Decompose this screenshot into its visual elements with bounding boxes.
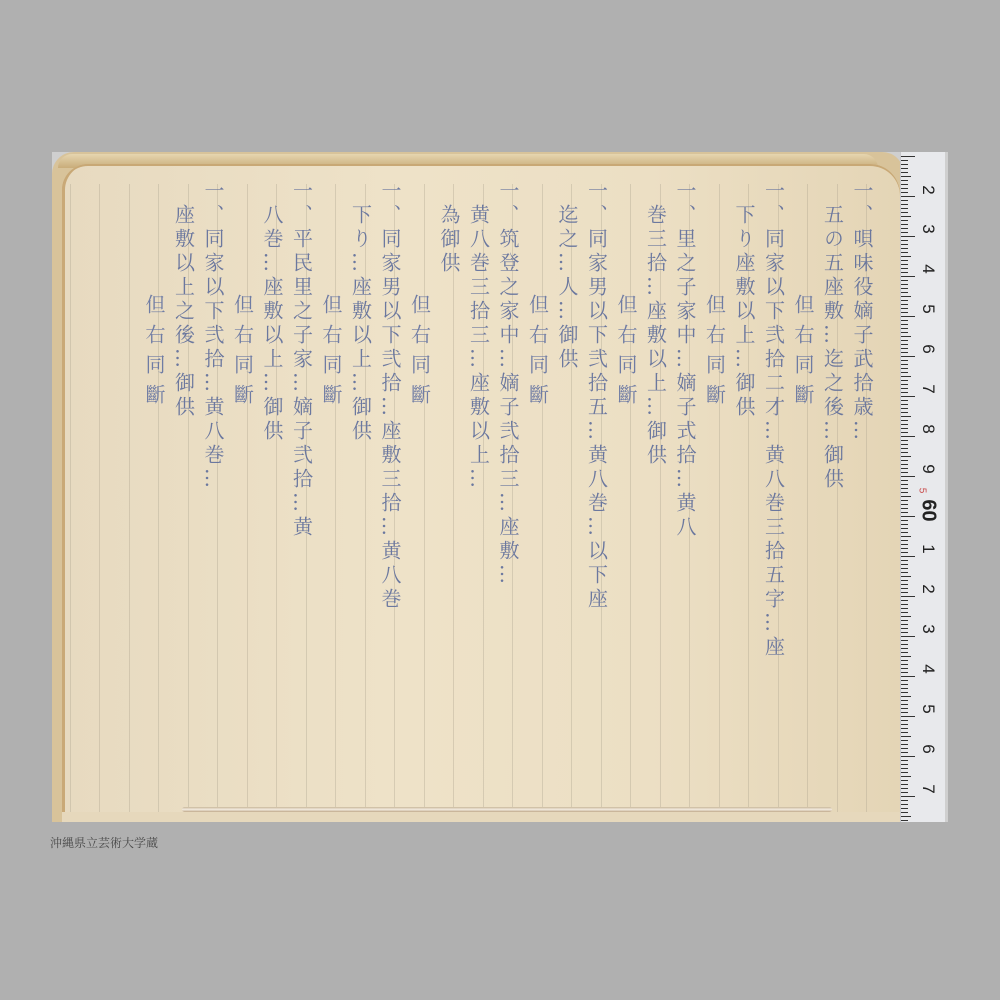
ruler-tick — [901, 424, 908, 425]
ruler-label: 2 — [918, 576, 938, 602]
ruler-tick — [901, 312, 908, 313]
ruler-tick — [901, 760, 908, 761]
ruler-tick — [901, 252, 908, 253]
ruler-tick — [901, 248, 908, 249]
ruler-tick — [901, 596, 915, 597]
text-column: 一、里之子家中…嫡子式拾…黄八 — [675, 180, 695, 540]
ruler-tick — [901, 696, 911, 697]
ruler-tick — [901, 328, 908, 329]
ruler-tick — [901, 348, 908, 349]
text-column: 一、同家男以下弐拾…座敷三拾…黄八巻 — [380, 180, 400, 612]
ruler-tick — [901, 384, 908, 385]
text-column: 黄八巻三拾三…座敷以上… — [469, 204, 489, 492]
ruler-tick — [901, 716, 915, 717]
annotation-column: 但右同斷 — [144, 294, 164, 414]
ruler-tick — [901, 764, 908, 765]
annotation-column: 但右同斷 — [616, 294, 636, 414]
ruler-tick — [901, 772, 908, 773]
ruler-tick — [901, 816, 911, 817]
ruler-tick — [901, 524, 908, 525]
ruler-tick — [901, 604, 908, 605]
ruler-tick — [901, 628, 908, 629]
ruler-tick — [901, 164, 908, 165]
ruler-tick — [901, 404, 908, 405]
ruler-tick — [901, 244, 908, 245]
ruler-tick — [901, 212, 908, 213]
ruler-tick — [901, 588, 908, 589]
ruler-tick — [901, 368, 908, 369]
ruler-tick — [901, 552, 908, 553]
ruler-tick — [901, 344, 908, 345]
ruler-tick — [901, 748, 908, 749]
text-column: 為御供 — [439, 204, 459, 276]
ruler-tick — [901, 592, 908, 593]
ruler-tick — [901, 272, 908, 273]
ruler-tick — [901, 540, 908, 541]
text-column: 一、同家男以下弐拾五…黄八巻…以下座 — [587, 180, 607, 612]
ruler-tick — [901, 600, 908, 601]
ruler-tick — [901, 292, 908, 293]
ruler-tick — [901, 204, 908, 205]
text-column: 五の五座敷…迄之後…御供 — [823, 204, 843, 492]
ruler-tick — [901, 736, 911, 737]
ruled-line — [335, 184, 336, 812]
ruler-tick — [901, 584, 908, 585]
ruler-tick — [901, 560, 908, 561]
ruler-tick — [901, 608, 908, 609]
ruler-tick — [901, 308, 908, 309]
ruler-tick — [901, 156, 915, 157]
text-column: 一、筑登之家中…嫡子弐拾三…座敷… — [498, 180, 518, 588]
ruler-tick — [901, 660, 908, 661]
ruler-tick — [901, 672, 908, 673]
ruler-tick — [901, 804, 908, 805]
ruler-label: 7 — [918, 776, 938, 802]
ruler-tick — [901, 260, 908, 261]
ruler-tick — [901, 240, 908, 241]
ruled-line — [630, 184, 631, 812]
ruler-label: 3 — [918, 216, 938, 242]
ruler-tick — [901, 712, 908, 713]
ruler-tick — [901, 632, 908, 633]
ruler-tick — [901, 392, 908, 393]
ruler-tick — [901, 536, 911, 537]
ruler-tick — [901, 276, 915, 277]
ruled-line — [99, 184, 100, 812]
ruler-tick — [901, 724, 908, 725]
ruler-tick — [901, 508, 908, 509]
ruler-tick — [901, 324, 908, 325]
ruler-tick — [901, 412, 908, 413]
ruler-tick — [901, 220, 908, 221]
ruler-tick — [901, 780, 908, 781]
text-column: 一、同家以下弐拾…黄八巻… — [203, 180, 223, 492]
ruler-tick — [901, 796, 915, 797]
ruler-tick — [901, 496, 911, 497]
annotation-column: 但右同斷 — [321, 294, 341, 414]
manuscript-page: 一、唄味役嫡子武拾歳…五の五座敷…迄之後…御供但右同斷一、同家以下弐拾二才…黄八… — [62, 164, 900, 812]
ruler-tick — [901, 280, 908, 281]
ruler-tick — [901, 708, 908, 709]
ruler-tick — [901, 256, 911, 257]
ruler-tick — [901, 500, 908, 501]
annotation-column: 但右同斷 — [233, 294, 253, 414]
ruler-tick — [901, 476, 915, 477]
ruler-tick — [901, 812, 908, 813]
ruler-tick — [901, 652, 908, 653]
ruler-tick — [901, 752, 908, 753]
ruler-label: 3 — [918, 616, 938, 642]
annotation-column: 但右同斷 — [705, 294, 725, 414]
ruler-tick — [901, 488, 908, 489]
ruled-line — [453, 184, 454, 812]
ruler-tick — [901, 460, 908, 461]
text-column: 下り…座敷以上…御供 — [351, 204, 371, 444]
ruled-line — [719, 184, 720, 812]
ruler-tick — [901, 224, 908, 225]
ruler-tick — [901, 504, 908, 505]
ruler-tick — [901, 568, 908, 569]
ruler-tick — [901, 640, 908, 641]
ruler-tick — [901, 232, 908, 233]
ruler-tick — [901, 648, 908, 649]
ruler-tick — [901, 376, 911, 377]
ruler-tick — [901, 492, 908, 493]
ruler-tick — [901, 436, 915, 437]
ruler-tick — [901, 668, 908, 669]
ruled-line — [807, 184, 808, 812]
ruler-tick — [901, 420, 908, 421]
annotation-column: 但右同斷 — [793, 294, 813, 414]
ruler-label: 6 — [918, 336, 938, 362]
ruler-tick — [901, 820, 908, 821]
ruler-tick — [901, 744, 908, 745]
ruler-tick — [901, 304, 908, 305]
ruled-line — [129, 184, 130, 812]
ruler-tick — [901, 472, 908, 473]
ruler-tick — [901, 428, 908, 429]
ruler-tick — [901, 544, 908, 545]
annotation-column: 但右同斷 — [410, 294, 430, 414]
ruler-tick — [901, 200, 908, 201]
ruler-label: 8 — [918, 416, 938, 442]
ruler-tick — [901, 692, 908, 693]
annotation-column: 但右同斷 — [528, 294, 548, 414]
ruler-tick — [901, 168, 908, 169]
ruler-tick — [901, 480, 908, 481]
ruler-tick — [901, 704, 908, 705]
ruler-tick — [901, 180, 908, 181]
ruled-line — [158, 184, 159, 812]
text-column: 八巻…座敷以上…御供 — [262, 204, 282, 444]
ruler-tick — [901, 624, 908, 625]
ruled-line — [247, 184, 248, 812]
ruler-tick — [901, 364, 908, 365]
ruler-tick — [901, 616, 911, 617]
ruler-tick — [901, 288, 908, 289]
ruler-tick — [901, 656, 911, 657]
ruled-line — [542, 184, 543, 812]
ruler-tick — [901, 184, 908, 185]
ruler-tick — [901, 456, 911, 457]
ruler-tick — [901, 520, 908, 521]
ruler-label: 5 — [918, 696, 938, 722]
ruler-tick — [901, 452, 908, 453]
ruler-tick — [901, 576, 911, 577]
text-column: 巻三拾…座敷以上…御供 — [646, 204, 666, 468]
text-column: 一、平民里之子家…嫡子弐拾…黄 — [292, 180, 312, 540]
ruler-tick — [901, 788, 908, 789]
ruler-tick — [901, 440, 908, 441]
ruler-tick — [901, 336, 911, 337]
ruler-tick — [901, 316, 915, 317]
ruler-tick — [901, 768, 908, 769]
ruler-tick — [901, 548, 908, 549]
ruler-tick — [901, 360, 908, 361]
ruler-tick — [901, 400, 908, 401]
ruler-tick — [901, 484, 908, 485]
ruler-tick — [901, 728, 908, 729]
ruler-tick — [901, 396, 915, 397]
collection-caption: 沖縄県立芸術大学蔵 — [50, 834, 158, 851]
ruler-tick — [901, 416, 911, 417]
ruler-tick — [901, 192, 908, 193]
ruler-tick — [901, 464, 908, 465]
ruler-label: 7 — [918, 376, 938, 402]
binding-thread — [182, 807, 832, 812]
ruler-tick — [901, 784, 908, 785]
ruler-tick — [901, 620, 908, 621]
ruler-tick — [901, 196, 915, 197]
ruler-tick — [901, 680, 908, 681]
ruler-tick — [901, 808, 908, 809]
ruler-tick — [901, 432, 908, 433]
ruler-tick — [901, 792, 908, 793]
ruler-tick — [901, 800, 908, 801]
ruled-line — [424, 184, 425, 812]
ruler-tick — [901, 468, 908, 469]
ruler-tick — [901, 216, 911, 217]
ruler-tick — [901, 160, 908, 161]
ruler-tick — [901, 284, 908, 285]
ruler-tick — [901, 720, 908, 721]
ruler-tick — [901, 340, 908, 341]
ruler-tick — [901, 264, 908, 265]
ruler-tick — [901, 676, 915, 677]
ruler-red-mark: 5 — [917, 478, 928, 504]
ruler-tick — [901, 532, 908, 533]
ruler-tick — [901, 236, 915, 237]
text-column: 下り座敷以上…御供 — [734, 204, 754, 420]
ruler-tick — [901, 516, 915, 517]
ruler-tick — [901, 644, 908, 645]
ruler-tick — [901, 172, 908, 173]
ruler-label: 6 — [918, 736, 938, 762]
ruler-tick — [901, 556, 915, 557]
ruler-tick — [901, 636, 915, 637]
ruler-label: 4 — [918, 656, 938, 682]
ruler-tick — [901, 664, 908, 665]
ruler-label: 5 — [918, 296, 938, 322]
ruler-tick — [901, 356, 915, 357]
ruler-tick — [901, 740, 908, 741]
ruler-tick — [901, 268, 908, 269]
ruler-tick — [901, 332, 908, 333]
ruled-line — [70, 184, 71, 812]
ruler-tick — [901, 756, 915, 757]
ruler-tick — [901, 572, 908, 573]
measurement-ruler: 234567896012345675 — [900, 152, 945, 822]
ruler-tick — [901, 408, 908, 409]
ruler-tick — [901, 228, 908, 229]
text-column: 迄之…人…御供 — [557, 204, 577, 372]
text-column: 一、唄味役嫡子武拾歳… — [852, 180, 872, 444]
ruler-tick — [901, 176, 911, 177]
ruler-tick — [901, 684, 908, 685]
text-column: 座敷以上之後…御供 — [174, 204, 194, 420]
bottom-leaf — [62, 812, 900, 822]
ruler-tick — [901, 688, 908, 689]
ruler-tick — [901, 512, 908, 513]
text-column: 一、同家以下弐拾二才…黄八巻三拾五字…座 — [764, 180, 784, 660]
ruler-tick — [901, 732, 908, 733]
ruler-label: 4 — [918, 256, 938, 282]
ruler-tick — [901, 528, 908, 529]
ruler-tick — [901, 300, 908, 301]
ruler-tick — [901, 380, 908, 381]
ruler-tick — [901, 320, 908, 321]
ruler-tick — [901, 564, 908, 565]
manuscript-photo: 一、唄味役嫡子武拾歳…五の五座敷…迄之後…御供但右同斷一、同家以下弐拾二才…黄八… — [52, 152, 948, 822]
ruler-tick — [901, 296, 911, 297]
ruler-tick — [901, 388, 908, 389]
ruler-tick — [901, 188, 908, 189]
ruler-tick — [901, 352, 908, 353]
ruler-tick — [901, 448, 908, 449]
ruler-tick — [901, 580, 908, 581]
ruler-label: 2 — [918, 177, 938, 203]
ruler-tick — [901, 372, 908, 373]
ruler-tick — [901, 776, 911, 777]
ruler-label: 1 — [918, 536, 938, 562]
ruler-tick — [901, 612, 908, 613]
ruler-tick — [901, 208, 908, 209]
ruler-tick — [901, 444, 908, 445]
ruler-tick — [901, 700, 908, 701]
